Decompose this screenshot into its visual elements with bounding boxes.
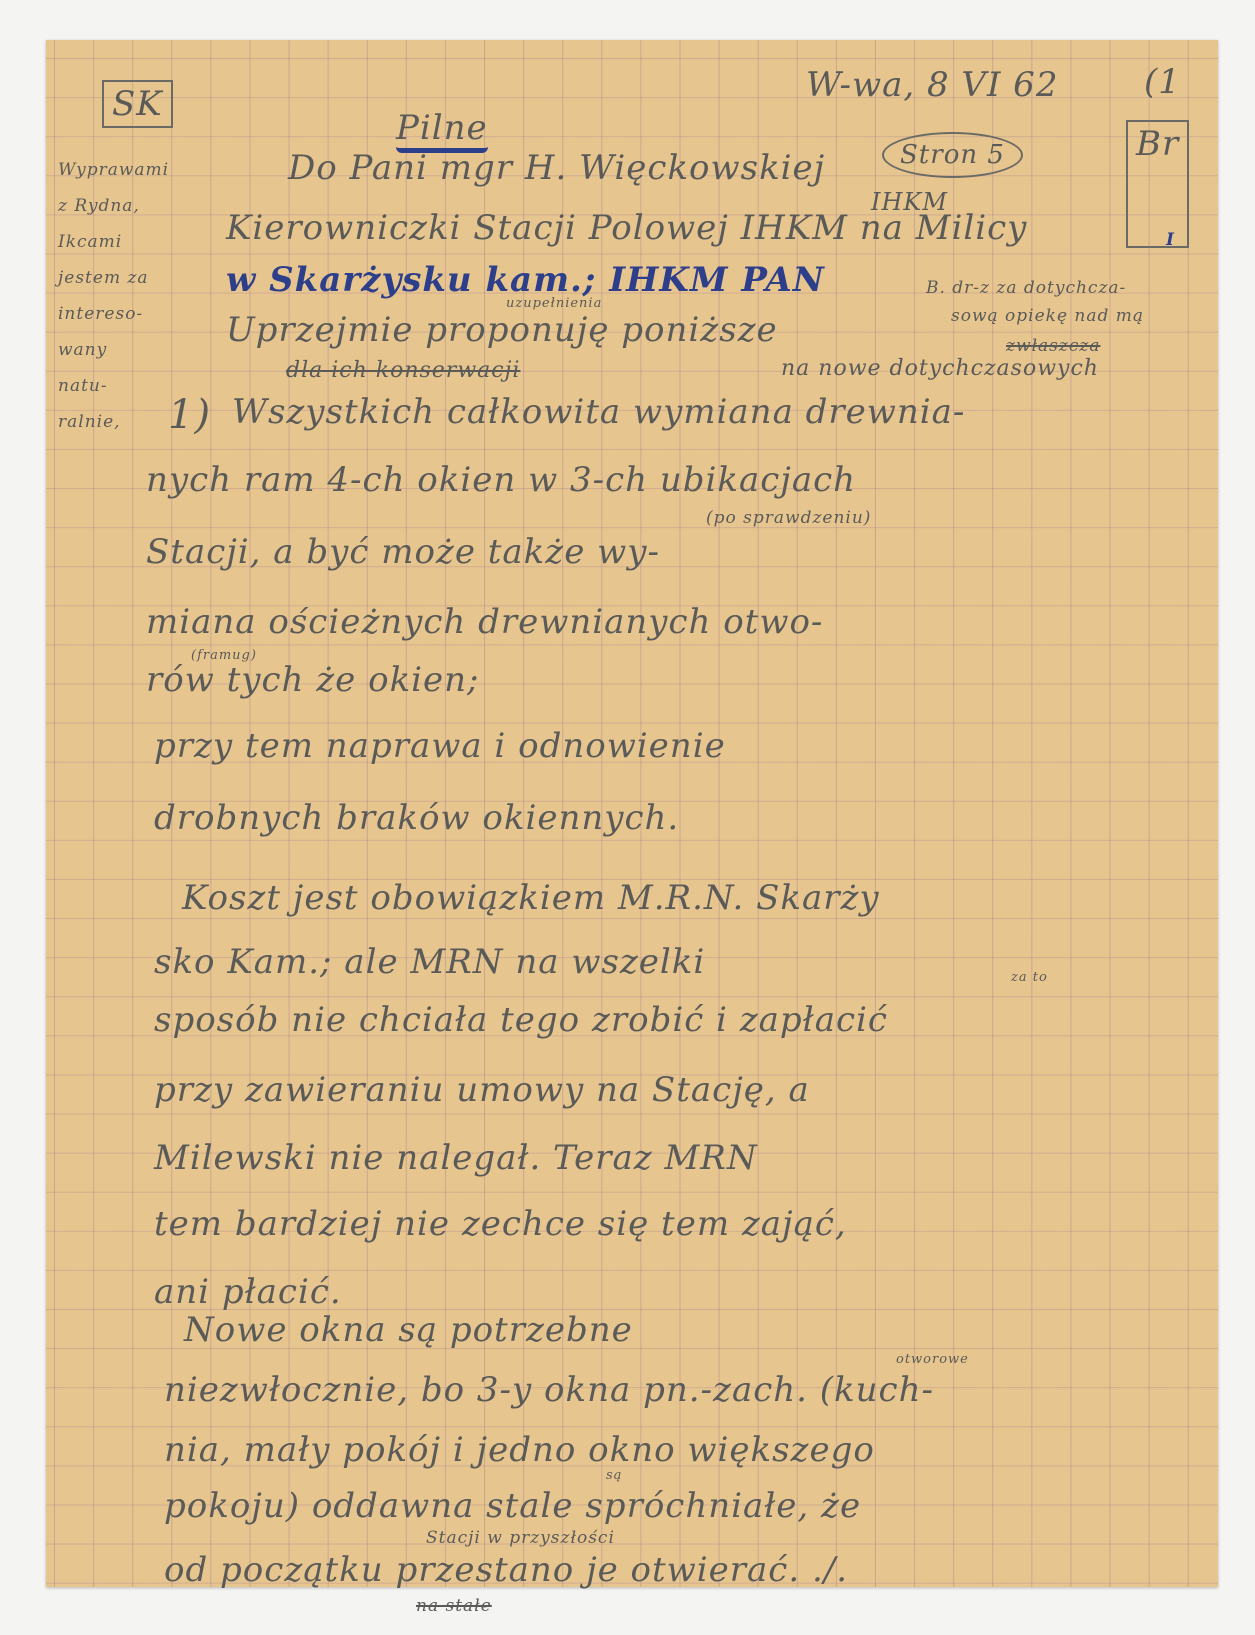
intro-line: Uprzejmie proponuję poniższe xyxy=(226,310,778,350)
body-line-17: nia, mały pokój i jedno okno większego xyxy=(164,1430,875,1470)
body-line-16-insert: otworowe xyxy=(896,1352,969,1367)
date-line: W-wa, 8 VI 62 xyxy=(806,65,1058,105)
body-line-16: niezwłocznie, bo 3-y okna pn.-zach. (kuc… xyxy=(164,1370,934,1410)
body-line-14: ani płacić. xyxy=(154,1272,342,1312)
perforated-edge xyxy=(46,34,1218,42)
urgency-word: Pilne xyxy=(396,108,488,153)
body-line-12: Milewski nie nalegał. Teraz MRN xyxy=(154,1138,758,1178)
addressee-line-1: Do Pani mgr H. Więckowskiej xyxy=(288,148,825,188)
body-line-2: nych ram 4-ch okien w 3-ch ubikacjach xyxy=(146,460,856,500)
right-note-4: na nowe dotychczasowych xyxy=(781,356,1099,381)
body-line-8: Koszt jest obowiązkiem M.R.N. Skarży xyxy=(182,878,880,918)
body-line-3: Stacji, a być może także wy- xyxy=(146,532,660,572)
intro-insert: uzupełnienia xyxy=(506,296,602,311)
right-note-1: B. dr-z za dotychcza- xyxy=(926,278,1126,298)
body-line-15: Nowe okna są potrzebne xyxy=(184,1310,633,1350)
body-line-19: od początku przestano je otwierać. ./. xyxy=(164,1550,848,1590)
right-note-3-struck: zwłaszcza xyxy=(1006,336,1100,356)
item-number: 1) xyxy=(168,392,211,438)
addressee-line-2: Kierowniczki Stacji Polowej IHKM na Mili… xyxy=(226,208,1027,248)
graph-paper-sheet: SK W-wa, 8 VI 62 (1 Br Stron 5 Pilne Do … xyxy=(46,40,1218,1587)
addressee-line-3: w Skarżysku kam.; IHKM PAN xyxy=(226,260,825,300)
body-line-1: Wszystkich całkowita wymiana drewnia- xyxy=(232,392,965,432)
body-line-9: sko Kam.; ale MRN na wszelki xyxy=(154,942,705,982)
body-line-7: drobnych braków okiennych. xyxy=(154,798,679,838)
body-line-11: przy zawieraniu umowy na Stację, a xyxy=(154,1070,810,1110)
page-count-note: Stron 5 xyxy=(882,132,1023,178)
body-line-4: miana ościeżnych drewnianych otwo- xyxy=(146,602,823,642)
body-line-19-struck-below: na stałe xyxy=(416,1596,492,1616)
body-line-18-insert: są xyxy=(606,1468,622,1483)
body-line-5: rów tych że okien; xyxy=(146,660,480,700)
body-line-19-insert: Stacji w przyszłości xyxy=(426,1528,615,1548)
body-line-13: tem bardziej nie zechce się tem zająć, xyxy=(154,1204,847,1244)
footnote-marker: I xyxy=(1166,230,1175,250)
body-line-6: przy tem naprawa i odnowienie xyxy=(154,726,726,766)
body-line-3-insert: (po sprawdzeniu) xyxy=(706,508,871,528)
right-note-2: sową opiekę nad mą xyxy=(951,306,1144,326)
page-number: (1 xyxy=(1144,62,1181,102)
initials-box: SK xyxy=(102,80,173,128)
intro-struck-note: dla ich konserwacji xyxy=(286,358,520,383)
body-line-10: sposób nie chciała tego zrobić i zapłaci… xyxy=(154,1000,888,1040)
body-line-10-insert: za to xyxy=(1011,970,1048,985)
body-line-18: pokoju) oddawna stale spróchniałe, że xyxy=(164,1486,861,1526)
initials-box-right: Br xyxy=(1126,120,1189,248)
